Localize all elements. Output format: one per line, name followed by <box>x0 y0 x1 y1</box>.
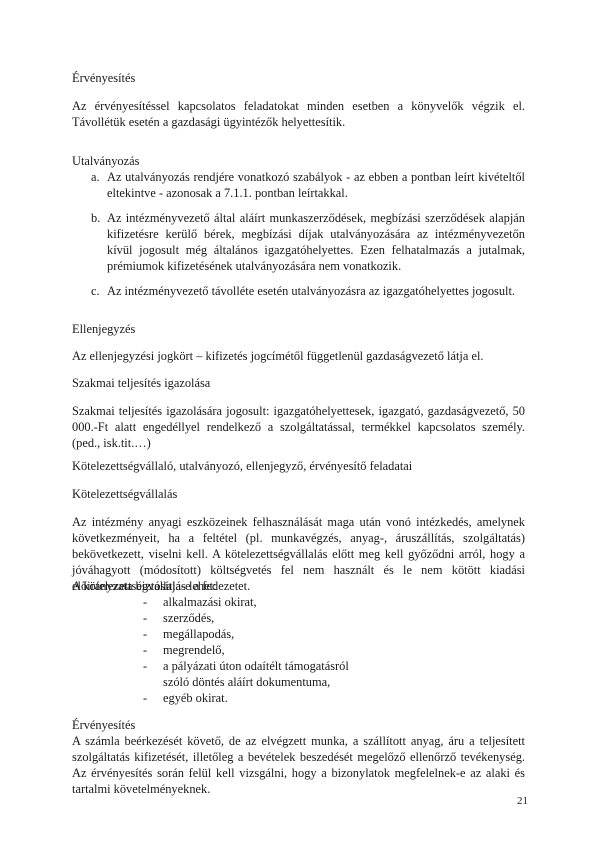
paragraph-ervenyesites-2: A számla beérkezését követő, de az elvég… <box>72 733 525 797</box>
dash-marker: - <box>143 594 157 610</box>
list-marker: a. <box>91 169 107 185</box>
dash-marker: - <box>143 658 157 674</box>
dash-marker: - <box>143 690 157 706</box>
dash-item-text: szerződés, <box>163 610 523 626</box>
dash-list-item: - a pályázati úton odaítélt támogatásról… <box>143 658 373 690</box>
list-marker: c. <box>91 283 107 299</box>
dash-list-item: - szerződés, <box>143 610 523 626</box>
document-page: Érvényesítés Az érvényesítéssel kapcsola… <box>0 0 596 842</box>
page-number: 21 <box>517 793 528 809</box>
dash-item-text: egyéb okirat. <box>163 690 523 706</box>
section-heading-ervenyesites-2: Érvényesítés <box>72 717 525 733</box>
dash-marker: - <box>143 626 157 642</box>
paragraph-ervenyesites: Az érvényesítéssel kapcsolatos feladatok… <box>72 98 525 130</box>
list-marker: b. <box>91 210 107 226</box>
section-heading-szakmai-teljesites: Szakmai teljesítés igazolása <box>72 375 525 391</box>
section-heading-ervenyesites: Érvényesítés <box>72 70 525 86</box>
section-heading-utalvanyozas: Utalványozás <box>72 153 525 169</box>
subheading-kotelezettsegvallalas: Kötelezettségvállalás <box>72 486 525 502</box>
paragraph-ellenjegyzes: Az ellenjegyzési jogkört – kifizetés jog… <box>72 348 525 364</box>
list-item-c: c. Az intézményvezető távolléte esetén u… <box>91 283 525 299</box>
dash-marker: - <box>143 610 157 626</box>
list-item-text: Az intézményvezető távolléte esetén utal… <box>107 283 525 299</box>
list-item-text: Az utalványozás rendjére vonatkozó szabá… <box>107 169 525 201</box>
dash-item-text: megrendelő, <box>163 642 523 658</box>
dash-item-text: megállapodás, <box>163 626 523 642</box>
dash-item-text: a pályázati úton odaítélt támogatásról s… <box>163 658 373 690</box>
dash-list-item: - egyéb okirat. <box>143 690 523 706</box>
section-heading-ellenjegyzes: Ellenjegyzés <box>72 321 525 337</box>
list-intro: A kötelezettségvállalás lehet: <box>72 578 525 594</box>
section-heading-feladatai: Kötelezettségvállaló, utalványozó, ellen… <box>72 458 525 474</box>
list-item-b: b. Az intézményvezető által aláírt munka… <box>91 210 525 274</box>
dash-list-item: - megrendelő, <box>143 642 523 658</box>
list-item-a: a. Az utalványozás rendjére vonatkozó sz… <box>91 169 525 201</box>
paragraph-szakmai-teljesites: Szakmai teljesítés igazolására jogosult:… <box>72 403 525 451</box>
dash-item-text: alkalmazási okirat, <box>163 594 523 610</box>
dash-list-item: - megállapodás, <box>143 626 523 642</box>
dash-list-item: - alkalmazási okirat, <box>143 594 523 610</box>
dash-marker: - <box>143 642 157 658</box>
list-item-text: Az intézményvezető által aláírt munkasze… <box>107 210 525 274</box>
